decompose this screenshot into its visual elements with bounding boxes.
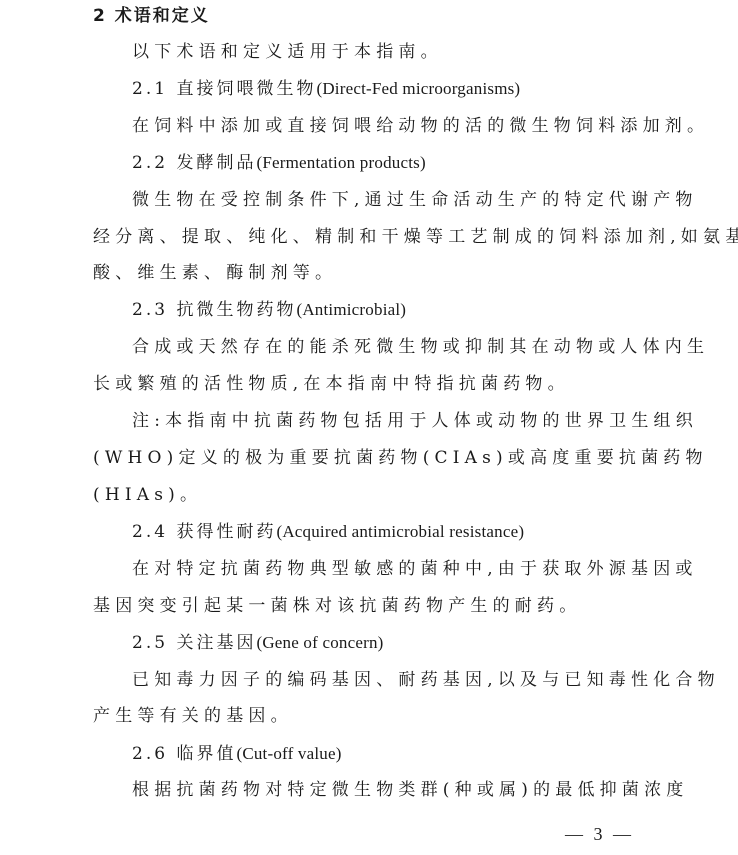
term-definition-line: 微生物在受控制条件下,通过生命活动生产的特定代谢产物	[132, 189, 698, 211]
term-title-zh: 临界值	[176, 744, 236, 764]
term-heading-2-5: 2.5 关注基因(Gene of concern)	[132, 632, 384, 654]
term-definition-line: 长或繁殖的活性物质,在本指南中特指抗菌药物。	[93, 373, 570, 395]
term-definition-line: 在饲料中添加或直接饲喂给动物的活的微生物饲料添加剂。	[132, 115, 709, 137]
section-heading: 2 术语和定义	[93, 5, 210, 27]
term-definition-line: 酸、维生素、酶制剂等。	[93, 262, 337, 284]
term-definition-line: 经分离、提取、纯化、精制和干燥等工艺制成的饲料添加剂,如氨基	[93, 226, 738, 248]
term-title-en: (Fermentation products)	[256, 153, 425, 172]
term-heading-2-3: 2.3 抗微生物药物(Antimicrobial)	[132, 299, 406, 321]
term-title-zh: 获得性耐药	[176, 522, 276, 542]
term-title-zh: 发酵制品	[176, 153, 256, 173]
term-definition-line: 在对特定抗菌药物典型敏感的菌种中,由于获取外源基因或	[132, 558, 698, 580]
term-title-zh: 关注基因	[176, 633, 256, 653]
term-number: 2.6	[132, 744, 168, 764]
section-intro: 以下术语和定义适用于本指南。	[132, 41, 443, 63]
term-number: 2.1	[132, 79, 168, 99]
term-title-zh: 直接饲喂微生物	[176, 79, 316, 99]
term-heading-2-6: 2.6 临界值(Cut-off value)	[132, 743, 342, 765]
term-title-en: (Direct-Fed microorganisms)	[316, 79, 520, 98]
term-note-line: (WHO)定义的极为重要抗菌药物(CIAs)或高度重要抗菌药物	[93, 447, 708, 469]
term-note-line: (HIAs)。	[93, 484, 202, 506]
term-number: 2.4	[132, 522, 168, 542]
term-title-zh: 抗微生物药物	[176, 300, 296, 320]
term-note-line: 注:本指南中抗菌药物包括用于人体或动物的世界卫生组织	[132, 410, 698, 432]
term-definition-line: 合成或天然存在的能杀死微生物或抑制其在动物或人体内生	[132, 336, 709, 358]
term-number: 2.3	[132, 300, 168, 320]
term-title-en: (Acquired antimicrobial resistance)	[276, 522, 524, 541]
term-heading-2-2: 2.2 发酵制品(Fermentation products)	[132, 152, 426, 174]
term-title-en: (Gene of concern)	[256, 633, 383, 652]
term-title-en: (Antimicrobial)	[296, 300, 406, 319]
term-number: 2.2	[132, 153, 168, 173]
term-definition-line: 基因突变引起某一菌株对该抗菌药物产生的耐药。	[93, 595, 581, 617]
term-heading-2-1: 2.1 直接饲喂微生物(Direct-Fed microorganisms)	[132, 78, 520, 100]
page-number: — 3 —	[565, 824, 634, 845]
term-definition-line: 根据抗菌药物对特定微生物类群(种或属)的最低抑菌浓度	[132, 779, 688, 801]
term-number: 2.5	[132, 633, 168, 653]
term-definition-line: 已知毒力因子的编码基因、耐药基因,以及与已知毒性化合物	[132, 669, 720, 691]
term-heading-2-4: 2.4 获得性耐药(Acquired antimicrobial resista…	[132, 521, 524, 543]
term-title-en: (Cut-off value)	[236, 744, 341, 763]
term-definition-line: 产生等有关的基因。	[93, 705, 293, 727]
